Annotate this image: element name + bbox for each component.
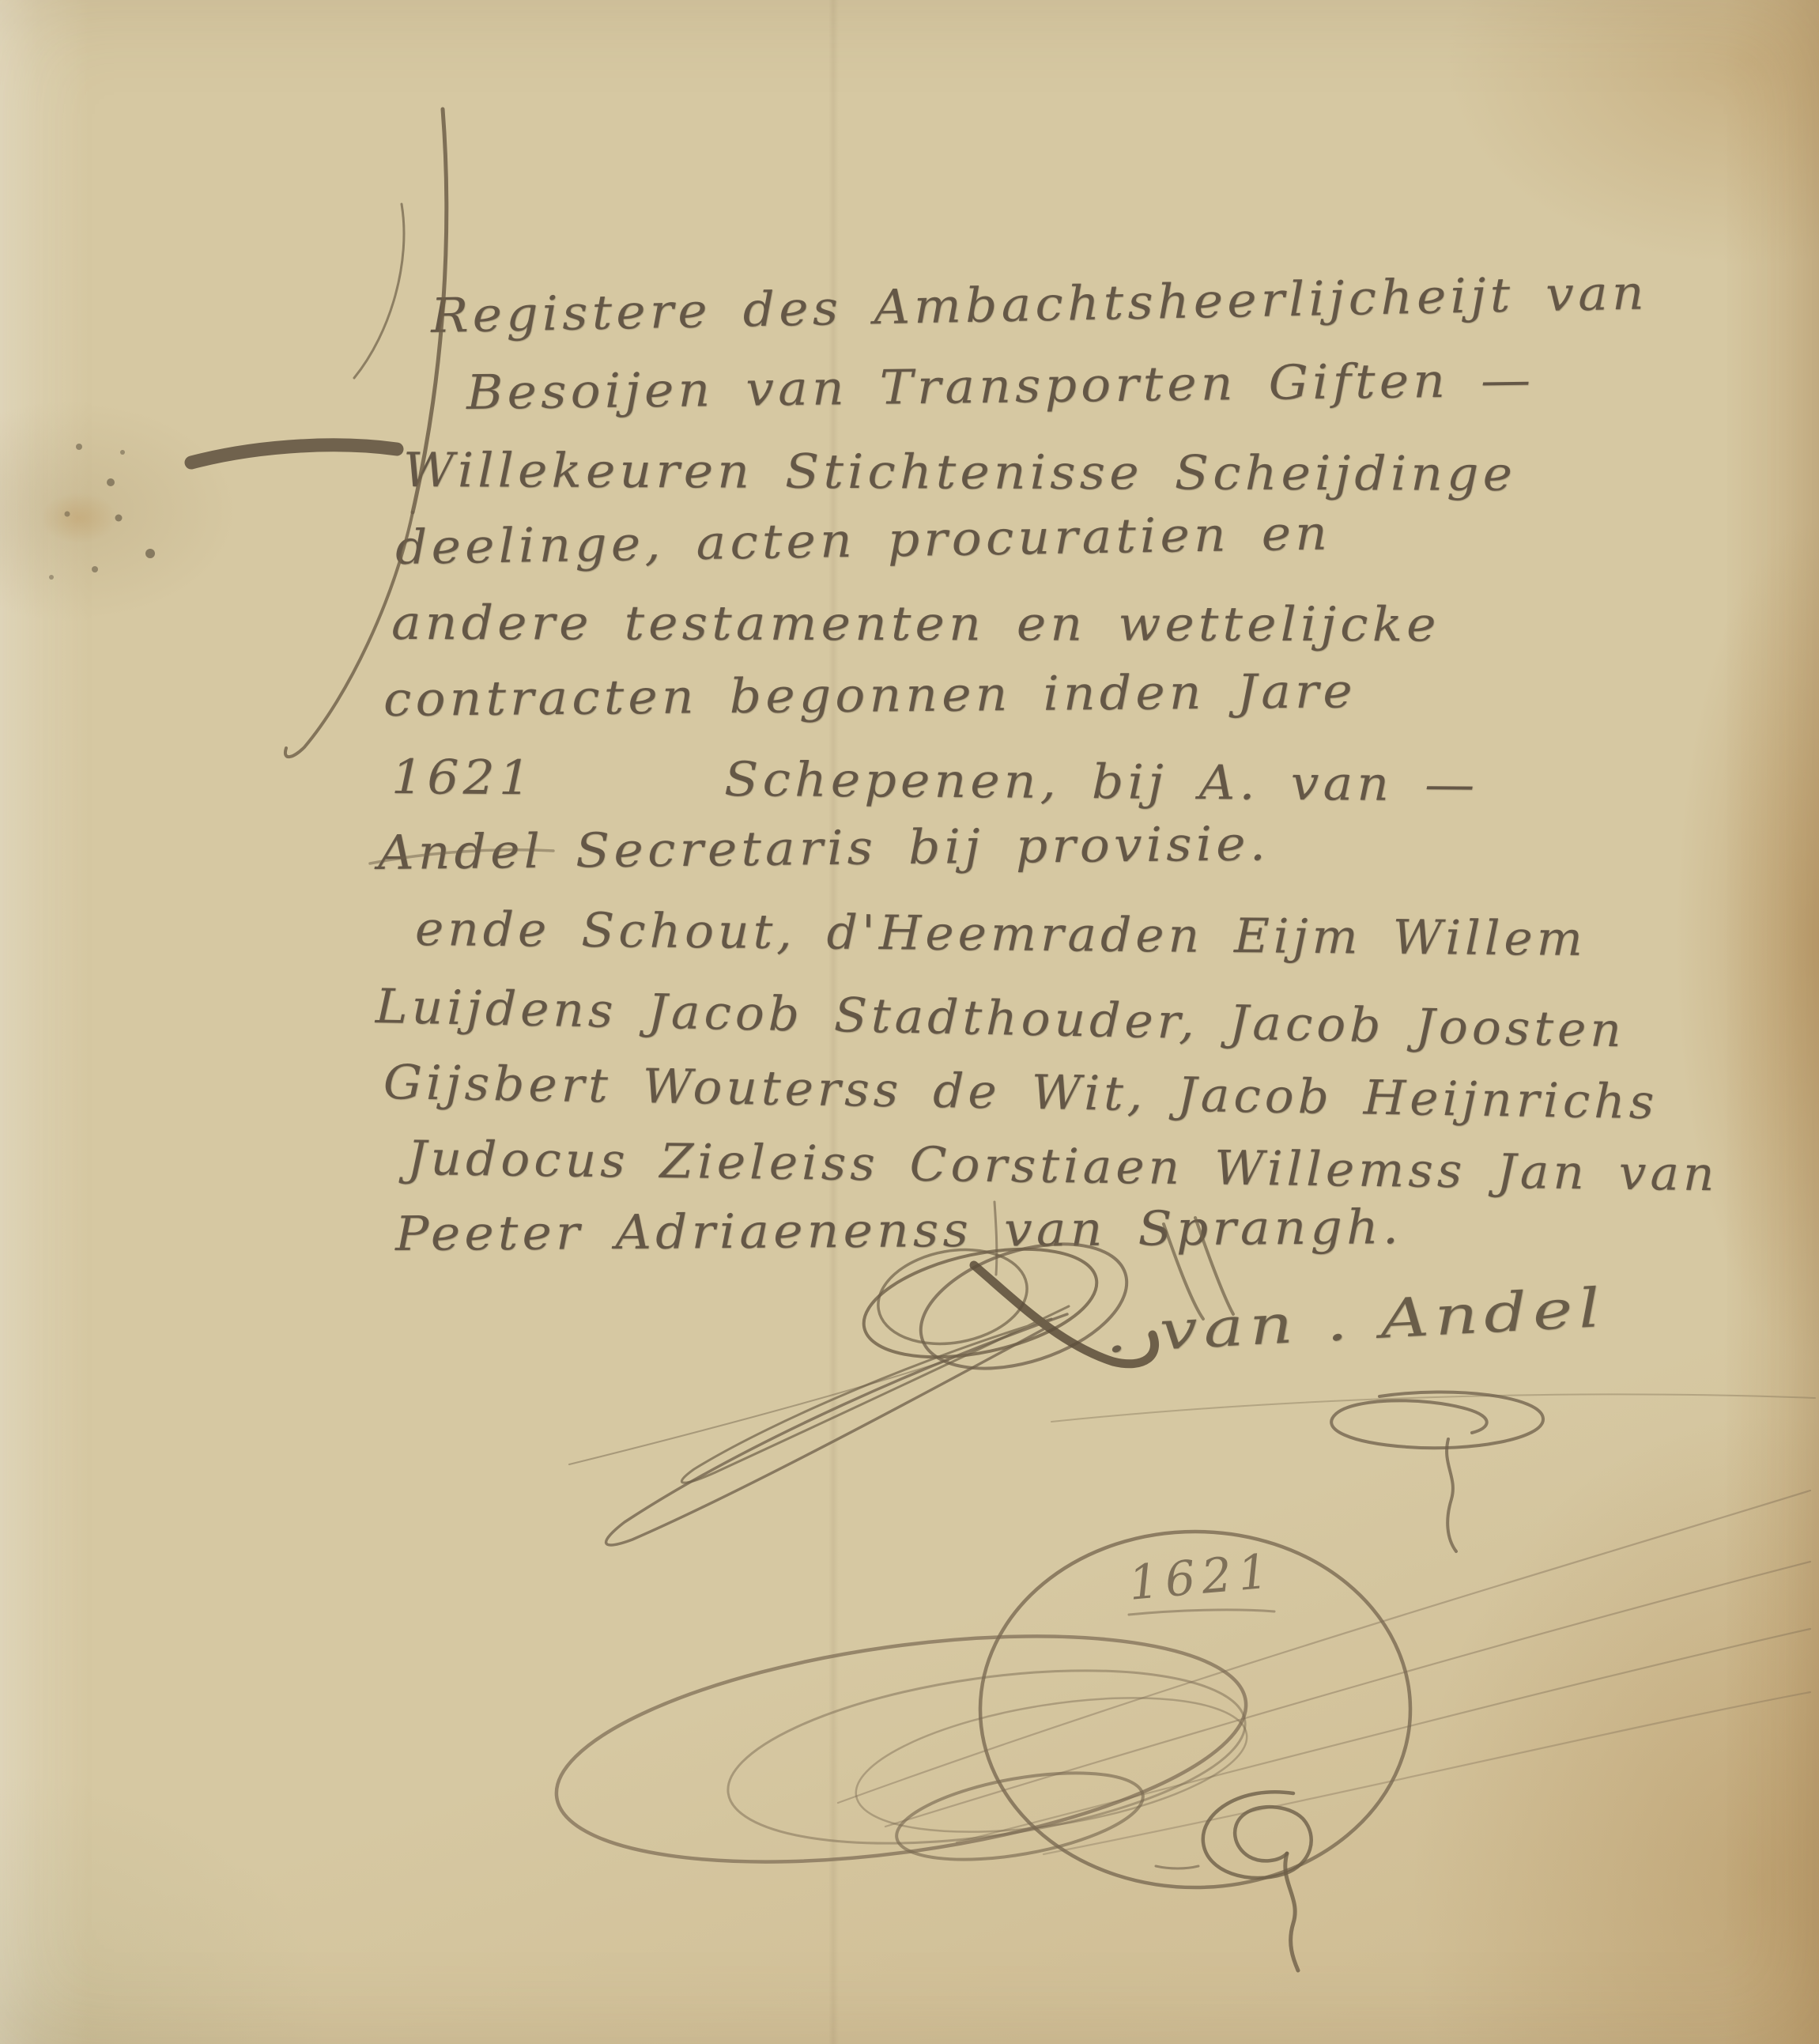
ink-specks <box>49 444 155 580</box>
year-underline <box>370 850 553 863</box>
initial-letter-flourish <box>191 109 447 757</box>
bottom-flourish <box>542 1490 1810 1899</box>
signature-underline <box>1051 1394 1815 1422</box>
signature-spiral-flourish <box>1331 1392 1543 1551</box>
signature-paraph-flourish <box>569 1202 1233 1545</box>
manuscript-page: Registere des Ambachtsheerlijcheijt van … <box>0 0 1819 2044</box>
ink-flourish-overlay <box>0 0 1819 2044</box>
bottom-q-spiral <box>1156 1792 1311 1970</box>
